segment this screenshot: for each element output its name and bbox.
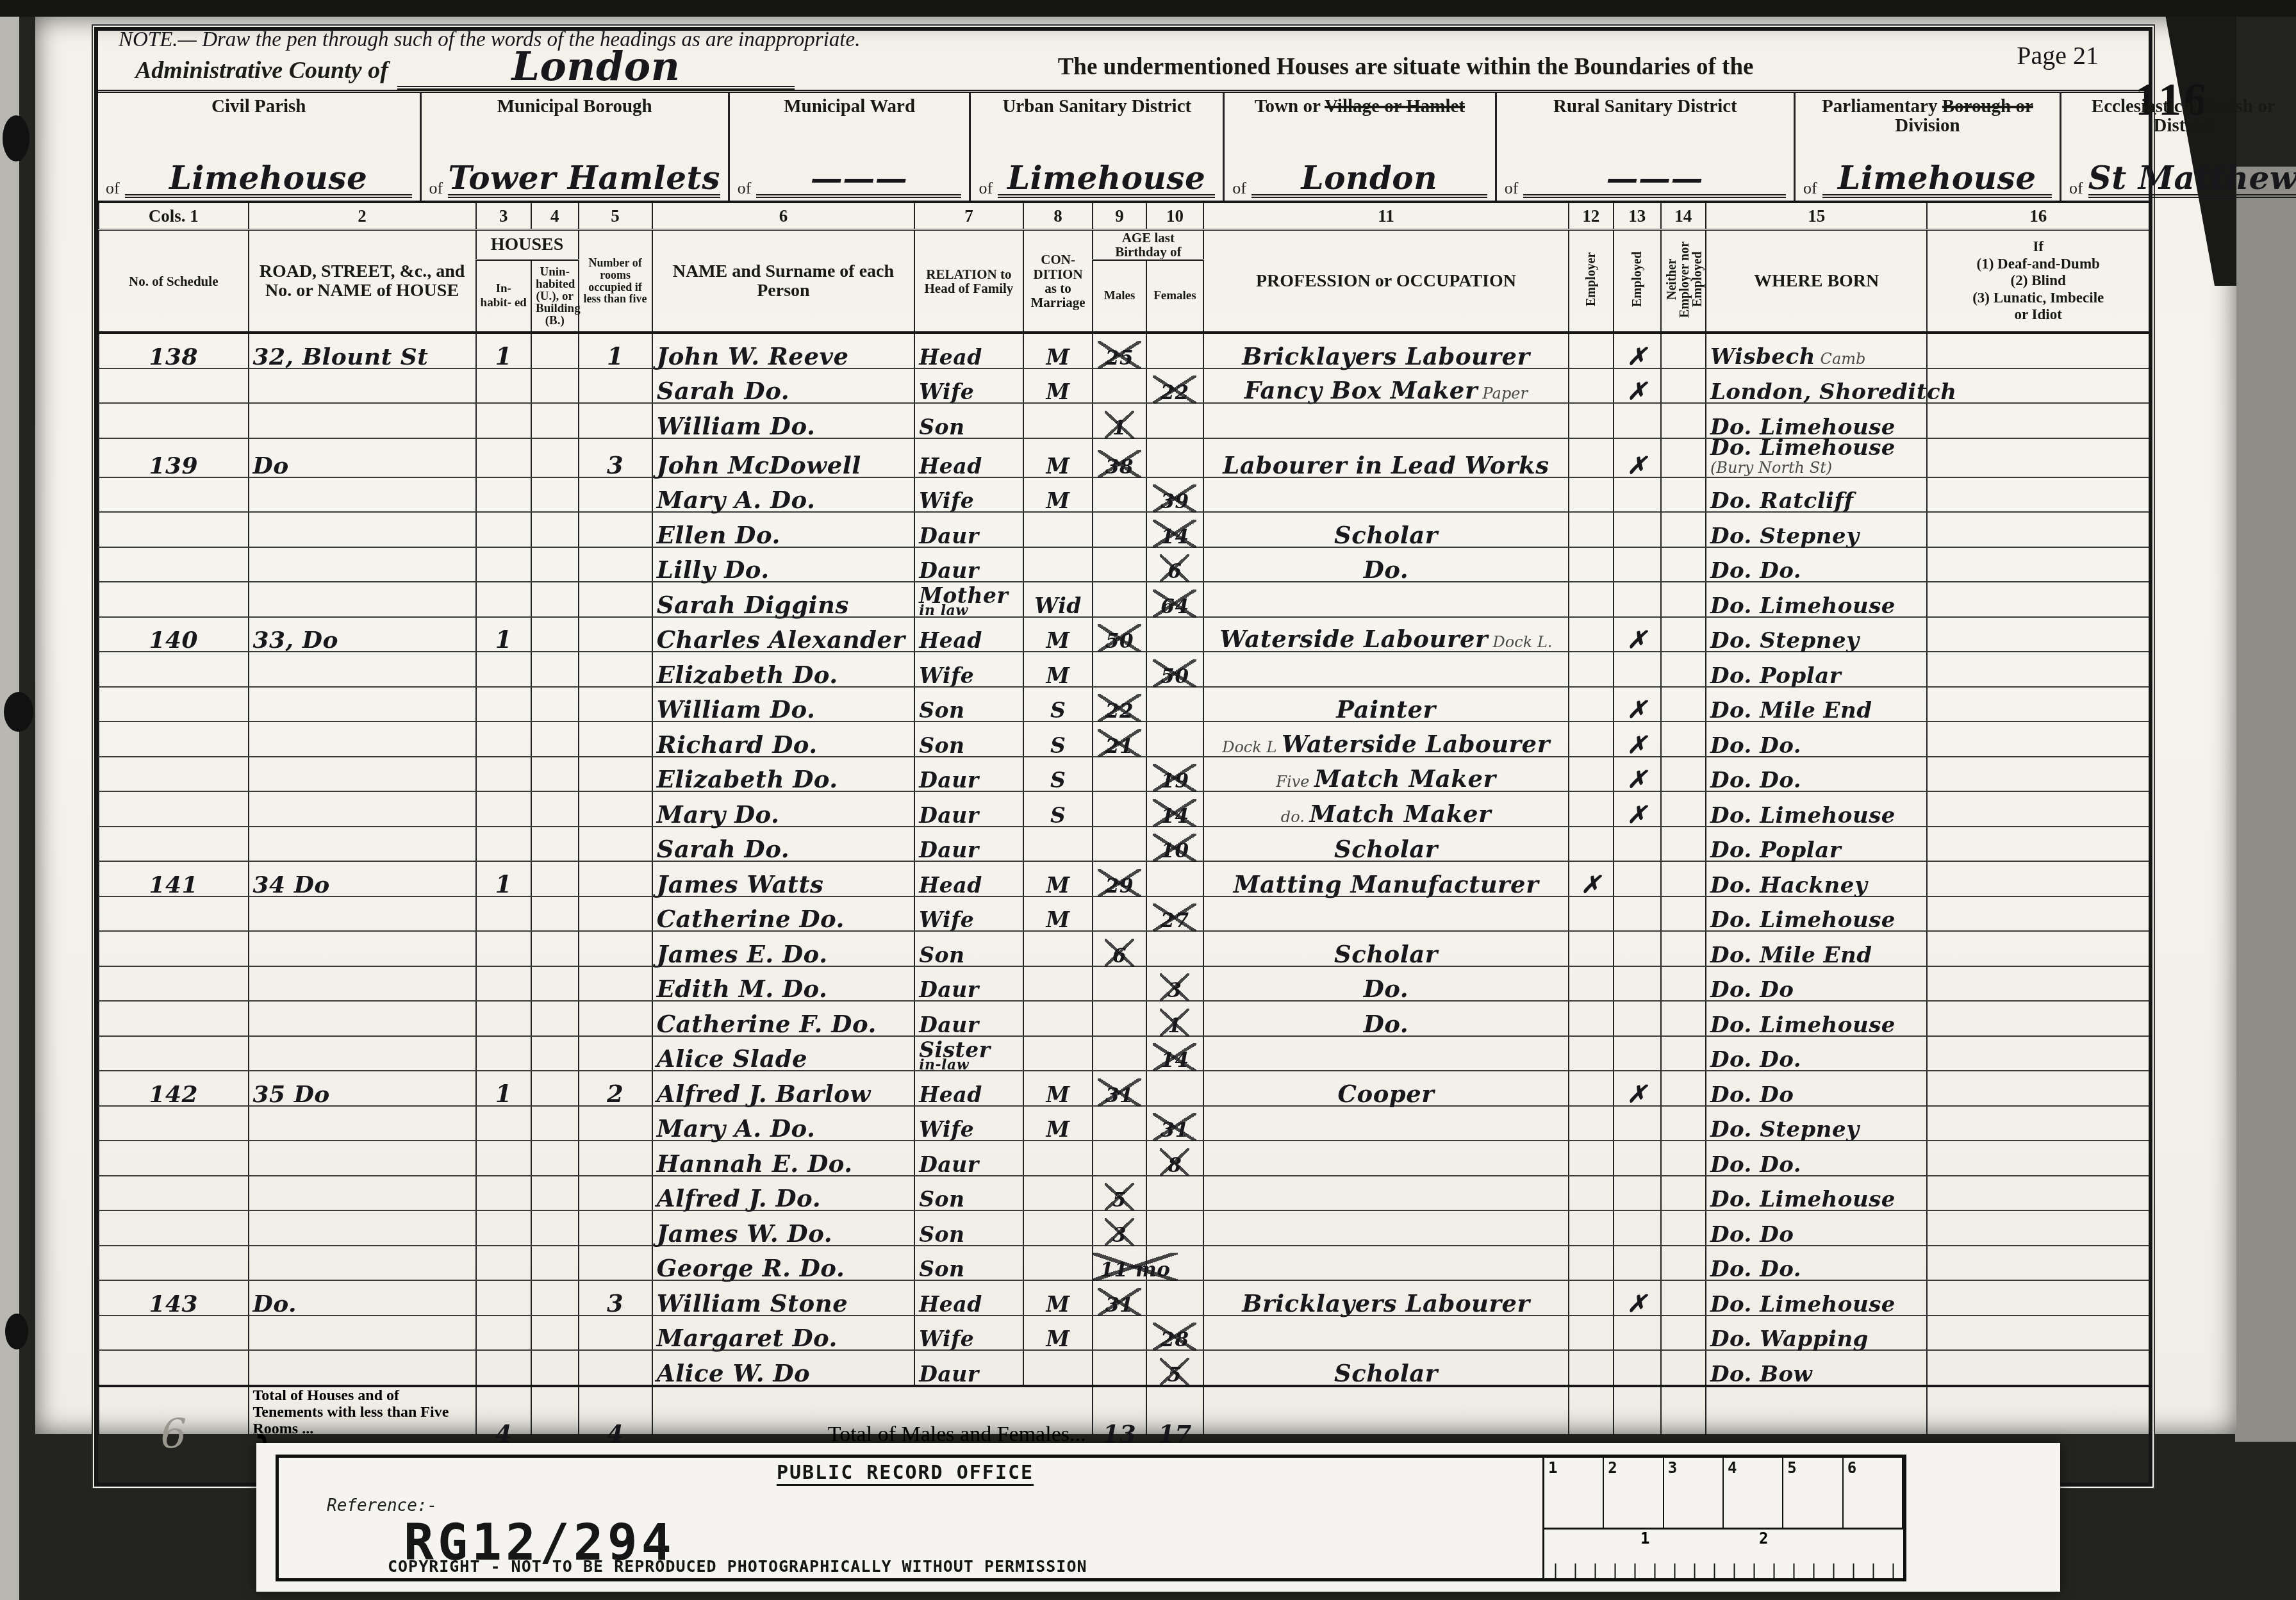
stamp-office-title: PUBLIC RECORD OFFICE	[279, 1462, 1532, 1484]
cell-unin	[531, 1176, 579, 1211]
cell-unin	[531, 1001, 579, 1036]
cell-road	[249, 477, 476, 513]
cell-sch	[99, 1350, 249, 1386]
cell-inf	[1927, 617, 2149, 652]
cell-am: 3	[1093, 1210, 1146, 1246]
administrative-county: Administrative County of London	[135, 49, 795, 90]
cell-name: Sarah Diggins	[652, 582, 914, 617]
cell-e12	[1569, 438, 1614, 477]
cell-rel: Son	[914, 1246, 1023, 1281]
table-row: Sarah DigginsMotherin lawWid64Do. Limeho…	[99, 582, 2149, 617]
cell-unin	[531, 827, 579, 862]
cell-sch	[99, 931, 249, 966]
cell-occ: Fancy Box Maker Paper	[1203, 368, 1568, 404]
cell-rooms	[579, 617, 652, 652]
cell-road	[249, 931, 476, 966]
cell-rooms	[579, 368, 652, 404]
table-row: Sarah Do.Daur10ScholarDo. Poplar	[99, 827, 2149, 862]
cell-rooms	[579, 512, 652, 547]
cell-e14	[1661, 333, 1706, 368]
cell-born: Do. Poplar	[1706, 827, 1927, 862]
districts-band: Civil Parish ofLimehouse Municipal Borou…	[98, 93, 2149, 203]
col-road: ROAD, STREET, &c., and No. or NAME of HO…	[249, 230, 476, 333]
cell-rooms	[579, 827, 652, 862]
col-schedule: No. of Schedule	[99, 230, 249, 333]
cell-road: 32, Blount St	[249, 333, 476, 368]
cell-road	[249, 547, 476, 582]
cell-inf	[1927, 1176, 2149, 1211]
cell-occ: Five Match Maker	[1203, 757, 1568, 792]
table-row: 139Do3John McDowellHeadM38Labourer in Le…	[99, 438, 2149, 477]
cell-road	[249, 757, 476, 792]
cell-e13	[1614, 861, 1661, 896]
cell-e14	[1661, 722, 1706, 757]
cell-inh	[476, 687, 531, 722]
table-row: James W. Do.Son3Do. Do	[99, 1210, 2149, 1246]
cell-af	[1146, 1071, 1204, 1106]
cell-unin	[531, 438, 579, 477]
cell-am	[1093, 791, 1146, 827]
cell-inf	[1927, 438, 2149, 477]
cell-af	[1146, 861, 1204, 896]
col-relation: RELATION to Head of Family	[914, 230, 1023, 333]
cell-born: Do. Do.	[1706, 722, 1927, 757]
cell-sch	[99, 1176, 249, 1211]
cell-e12	[1569, 1350, 1614, 1386]
cell-unin	[531, 333, 579, 368]
cell-af: 14	[1146, 791, 1204, 827]
cell-born: Do. Limehouse	[1706, 582, 1927, 617]
district-municipal-borough: Municipal Borough ofTower Hamlets	[420, 93, 728, 201]
cell-e14	[1661, 1071, 1706, 1106]
cell-road: 35 Do	[249, 1071, 476, 1106]
cell-rel: Head	[914, 617, 1023, 652]
cell-rel: Daur	[914, 827, 1023, 862]
cell-born: Do. Poplar	[1706, 652, 1927, 687]
cell-occ	[1203, 582, 1568, 617]
cell-e14	[1661, 368, 1706, 404]
cell-cond	[1023, 1141, 1093, 1176]
cell-rel: Wife	[914, 368, 1023, 404]
cell-cond	[1023, 827, 1093, 862]
census-table: Cols. 12 34 56 78 910 1112 1314 1516 No.…	[98, 203, 2149, 1483]
cell-e12	[1569, 687, 1614, 722]
cell-sch: 143	[99, 1280, 249, 1315]
cell-e13	[1614, 1315, 1661, 1351]
cell-inh	[476, 652, 531, 687]
table-row: Hannah E. Do.Daur8Do. Do.	[99, 1141, 2149, 1176]
cell-cond	[1023, 1176, 1093, 1211]
cell-e12	[1569, 827, 1614, 862]
cell-cond: M	[1023, 477, 1093, 513]
table-row: Richard Do.SonS21Dock L Waterside Labour…	[99, 722, 2149, 757]
ruler-inches: 1 2 3 4 5 6	[1544, 1458, 1903, 1530]
cell-occ: Bricklayers Labourer	[1203, 333, 1568, 368]
cell-born: Do. Limehouse	[1706, 1176, 1927, 1211]
cell-inf	[1927, 1280, 2149, 1315]
cell-inh	[476, 1280, 531, 1315]
cell-am	[1093, 512, 1146, 547]
table-row: Sarah Do.WifeM22Fancy Box Maker Paper✗Lo…	[99, 368, 2149, 404]
ink-blot	[5, 1314, 28, 1349]
cell-e12	[1569, 512, 1614, 547]
cell-unin	[531, 1106, 579, 1141]
cell-unin	[531, 477, 579, 513]
cell-inh	[476, 403, 531, 438]
cell-rooms	[579, 931, 652, 966]
cell-af	[1146, 1210, 1204, 1246]
cell-road	[249, 1210, 476, 1246]
cell-e14	[1661, 896, 1706, 932]
cell-am	[1093, 1036, 1146, 1071]
cell-cond: S	[1023, 722, 1093, 757]
cell-road	[249, 1315, 476, 1351]
cell-e12	[1569, 1280, 1614, 1315]
cell-rooms	[579, 896, 652, 932]
ink-blot	[4, 692, 33, 732]
cell-e13: ✗	[1614, 1071, 1661, 1106]
cell-rooms	[579, 687, 652, 722]
cell-name: James Watts	[652, 861, 914, 896]
cell-name: James W. Do.	[652, 1210, 914, 1246]
cell-inf	[1927, 477, 2149, 513]
cell-rooms	[579, 722, 652, 757]
cell-name: Margaret Do.	[652, 1315, 914, 1351]
cell-am	[1093, 547, 1146, 582]
cell-cond	[1023, 512, 1093, 547]
cell-rel: Daur	[914, 547, 1023, 582]
cell-cond	[1023, 1036, 1093, 1071]
cell-unin	[531, 966, 579, 1002]
cell-e12: ✗	[1569, 861, 1614, 896]
cell-name: Elizabeth Do.	[652, 757, 914, 792]
cell-sch: 138	[99, 333, 249, 368]
cell-road	[249, 1246, 476, 1281]
cell-unin	[531, 582, 579, 617]
cell-sch	[99, 966, 249, 1002]
cell-occ: Do.	[1203, 1001, 1568, 1036]
table-row: Margaret Do.WifeM28Do. Wapping	[99, 1315, 2149, 1351]
of-label: of	[979, 179, 993, 198]
cell-unin	[531, 1280, 579, 1315]
cell-name: Sarah Do.	[652, 827, 914, 862]
cell-am: 31	[1093, 1071, 1146, 1106]
cell-rel: Son	[914, 687, 1023, 722]
col-name: NAME and Surname of each Person	[652, 230, 914, 333]
cell-unin	[531, 617, 579, 652]
cell-inf	[1927, 827, 2149, 862]
cell-inh	[476, 1246, 531, 1281]
table-row: Edith M. Do.Daur3Do.Do. Do	[99, 966, 2149, 1002]
cell-af: 50	[1146, 652, 1204, 687]
cell-sch	[99, 547, 249, 582]
cell-inh	[476, 896, 531, 932]
film-band	[0, 0, 2296, 17]
cell-af	[1146, 333, 1204, 368]
form-frame: Administrative County of London The unde…	[94, 27, 2152, 1487]
cell-af: 1	[1146, 1001, 1204, 1036]
cell-inh	[476, 1176, 531, 1211]
cell-born: Do. Stepney	[1706, 617, 1927, 652]
of-label: of	[1232, 179, 1246, 198]
rural-sanitary-value: ———	[1523, 163, 1786, 199]
cell-e13	[1614, 1246, 1661, 1281]
cell-am: 1	[1093, 403, 1146, 438]
cell-rel: Head	[914, 1071, 1023, 1106]
cell-cond	[1023, 1210, 1093, 1246]
cell-af	[1146, 617, 1204, 652]
cell-inh: 1	[476, 333, 531, 368]
urban-sanitary-value: Limehouse	[998, 163, 1215, 199]
cell-name: Lilly Do.	[652, 547, 914, 582]
cell-e13	[1614, 1106, 1661, 1141]
cell-rooms	[579, 1315, 652, 1351]
cell-inf	[1927, 791, 2149, 827]
cell-e13	[1614, 896, 1661, 932]
cell-cond: M	[1023, 368, 1093, 404]
cell-born: Do. Limehouse	[1706, 791, 1927, 827]
cell-rooms	[579, 1036, 652, 1071]
cell-born: Do. Bow	[1706, 1350, 1927, 1386]
table-row: Mary A. Do.WifeM31Do. Stepney	[99, 1106, 2149, 1141]
cell-sch	[99, 757, 249, 792]
situate-statement: The undermentioned Houses are situate wi…	[795, 53, 2017, 90]
cell-rooms	[579, 757, 652, 792]
cell-inf	[1927, 582, 2149, 617]
cell-occ	[1203, 1036, 1568, 1071]
cell-e14	[1661, 1141, 1706, 1176]
cell-sch	[99, 1210, 249, 1246]
cell-e13	[1614, 1036, 1661, 1071]
cell-e14	[1661, 1210, 1706, 1246]
cell-born: Do. Do	[1706, 1210, 1927, 1246]
cell-e14	[1661, 1001, 1706, 1036]
cell-road	[249, 827, 476, 862]
cell-inf	[1927, 1071, 2149, 1106]
cell-inh	[476, 582, 531, 617]
cell-sch	[99, 368, 249, 404]
table-row: 13832, Blount St11John W. ReeveHeadM25Br…	[99, 333, 2149, 368]
cell-e14	[1661, 791, 1706, 827]
cell-inf	[1927, 896, 2149, 932]
cell-rel: Daur	[914, 1141, 1023, 1176]
cell-e12	[1569, 547, 1614, 582]
cell-e13	[1614, 652, 1661, 687]
cell-e12	[1569, 652, 1614, 687]
cell-am	[1093, 1106, 1146, 1141]
cell-am	[1093, 477, 1146, 513]
cell-occ: Cooper	[1203, 1071, 1568, 1106]
cell-af: 31	[1146, 1106, 1204, 1141]
cell-rooms	[579, 1141, 652, 1176]
col-condition: CON- DITION as to Marriage	[1023, 230, 1093, 333]
cell-rooms	[579, 582, 652, 617]
cell-am	[1093, 896, 1146, 932]
cell-af: 6	[1146, 547, 1204, 582]
col-uninhabited: Unin- habited (U.), or Building (B.)	[531, 260, 579, 333]
cell-inf	[1927, 368, 2149, 404]
cell-unin	[531, 652, 579, 687]
table-row: Alfred J. Do.Son5Do. Limehouse	[99, 1176, 2149, 1211]
cell-af	[1146, 931, 1204, 966]
cell-cond: M	[1023, 438, 1093, 477]
cell-e14	[1661, 547, 1706, 582]
cell-rel: Wife	[914, 896, 1023, 932]
cell-rooms	[579, 1106, 652, 1141]
cell-rel: Head	[914, 1280, 1023, 1315]
cell-inh	[476, 722, 531, 757]
cell-name: William Do.	[652, 687, 914, 722]
table-row: George R. Do.Son11 moDo. Do.	[99, 1246, 2149, 1281]
cell-born: Do. Do.	[1706, 1036, 1927, 1071]
cell-name: Alfred J. Barlow	[652, 1071, 914, 1106]
cell-am	[1093, 368, 1146, 404]
cell-af	[1146, 687, 1204, 722]
cell-e12	[1569, 582, 1614, 617]
cell-e12	[1569, 722, 1614, 757]
cell-rel: Son	[914, 722, 1023, 757]
of-label: of	[106, 179, 120, 198]
cell-name: Catherine Do.	[652, 896, 914, 932]
cell-road	[249, 368, 476, 404]
cell-e14	[1661, 687, 1706, 722]
col-neither: Neither Employer nor Employed	[1661, 230, 1706, 333]
cell-cond: S	[1023, 757, 1093, 792]
cell-cond: M	[1023, 1315, 1093, 1351]
cell-e12	[1569, 1106, 1614, 1141]
cell-e14	[1661, 1350, 1706, 1386]
cell-name: William Do.	[652, 403, 914, 438]
cell-e14	[1661, 1106, 1706, 1141]
cell-e14	[1661, 1315, 1706, 1351]
cell-rel: Daur	[914, 791, 1023, 827]
cell-am: 31	[1093, 1280, 1146, 1315]
cell-inf	[1927, 687, 2149, 722]
cell-rooms	[579, 403, 652, 438]
header-band: Administrative County of London The unde…	[98, 31, 2149, 93]
cell-e12	[1569, 896, 1614, 932]
cell-road	[249, 652, 476, 687]
cell-e14	[1661, 966, 1706, 1002]
cell-e13	[1614, 1001, 1661, 1036]
cell-am	[1093, 757, 1146, 792]
cell-rooms: 3	[579, 1280, 652, 1315]
cell-cond: M	[1023, 1071, 1093, 1106]
cell-totals-pencil: 6	[99, 1386, 249, 1483]
col-houses: HOUSES	[476, 230, 579, 260]
cell-rooms: 1	[579, 333, 652, 368]
cell-e13	[1614, 477, 1661, 513]
cell-inf	[1927, 722, 2149, 757]
cell-inf	[1927, 547, 2149, 582]
cell-unin	[531, 403, 579, 438]
cell-occ: Do.	[1203, 966, 1568, 1002]
struck-heading: Village or Hamlet	[1325, 96, 1465, 117]
cell-name: Richard Do.	[652, 722, 914, 757]
cell-rooms: 3	[579, 438, 652, 477]
cell-occ: Labourer in Lead Works	[1203, 438, 1568, 477]
parliamentary-value: Limehouse	[1822, 163, 2052, 199]
cell-am: 11 mo	[1093, 1246, 1146, 1281]
cell-af: 3	[1146, 966, 1204, 1002]
cell-af: 8	[1146, 1141, 1204, 1176]
table-row: 14033, Do1Charles AlexanderHeadM50Waters…	[99, 617, 2149, 652]
cell-name: Hannah E. Do.	[652, 1141, 914, 1176]
cell-sch	[99, 1246, 249, 1281]
cell-rel: Son	[914, 1210, 1023, 1246]
cell-af: 10	[1146, 827, 1204, 862]
cell-e13: ✗	[1614, 757, 1661, 792]
cell-e13: ✗	[1614, 617, 1661, 652]
district-ecclesiastical: Ecclesiastical Parish orDistrict ofSt Ma…	[2060, 93, 2296, 201]
cell-road	[249, 791, 476, 827]
cell-occ	[1203, 1246, 1568, 1281]
cell-occ	[1203, 896, 1568, 932]
cell-af	[1146, 1176, 1204, 1211]
cell-sch	[99, 1106, 249, 1141]
cell-inh	[476, 931, 531, 966]
cell-e12	[1569, 368, 1614, 404]
cell-unin	[531, 757, 579, 792]
cell-inh	[476, 1350, 531, 1386]
cell-rooms	[579, 477, 652, 513]
cell-occ: Scholar	[1203, 931, 1568, 966]
col-age-males: Males	[1093, 260, 1146, 333]
cell-e12	[1569, 403, 1614, 438]
cell-rel: Head	[914, 438, 1023, 477]
cell-occ	[1203, 1315, 1568, 1351]
cell-am	[1093, 582, 1146, 617]
col-inhabited: In- habit- ed	[476, 260, 531, 333]
cell-rooms	[579, 1176, 652, 1211]
table-row: 14134 Do1James WattsHeadM29Matting Manuf…	[99, 861, 2149, 896]
cell-am: 29	[1093, 861, 1146, 896]
cell-inh	[476, 1036, 531, 1071]
cell-occ	[1203, 1141, 1568, 1176]
cell-sch	[99, 1141, 249, 1176]
cell-road	[249, 966, 476, 1002]
cell-road	[249, 1176, 476, 1211]
cell-born: Do. Limehouse (Bury North St)	[1706, 438, 1927, 477]
cell-name: Ellen Do.	[652, 512, 914, 547]
cell-inf	[1927, 861, 2149, 896]
cell-name: Mary Do.	[652, 791, 914, 827]
cell-e13	[1614, 931, 1661, 966]
cell-cond	[1023, 966, 1093, 1002]
col-age-females: Females	[1146, 260, 1204, 333]
col-profession: PROFESSION or OCCUPATION	[1203, 230, 1568, 333]
cell-rooms	[579, 652, 652, 687]
cell-unin	[531, 1071, 579, 1106]
cell-sch	[99, 1036, 249, 1071]
cell-unin	[531, 1036, 579, 1071]
cell-name: John McDowell	[652, 438, 914, 477]
cell-rooms	[579, 547, 652, 582]
cell-cond	[1023, 547, 1093, 582]
cell-rel: Daur	[914, 512, 1023, 547]
cell-inh	[476, 1141, 531, 1176]
cell-e14	[1661, 512, 1706, 547]
cell-sch: 140	[99, 617, 249, 652]
cell-cond: M	[1023, 652, 1093, 687]
cell-road	[249, 512, 476, 547]
district-town: Town or Village or Hamlet ofLondon	[1223, 93, 1495, 201]
cell-e12	[1569, 617, 1614, 652]
cell-cond: M	[1023, 1106, 1093, 1141]
cell-occ: Do.	[1203, 547, 1568, 582]
cell-unin	[531, 368, 579, 404]
col-employed: Employed	[1614, 230, 1661, 333]
